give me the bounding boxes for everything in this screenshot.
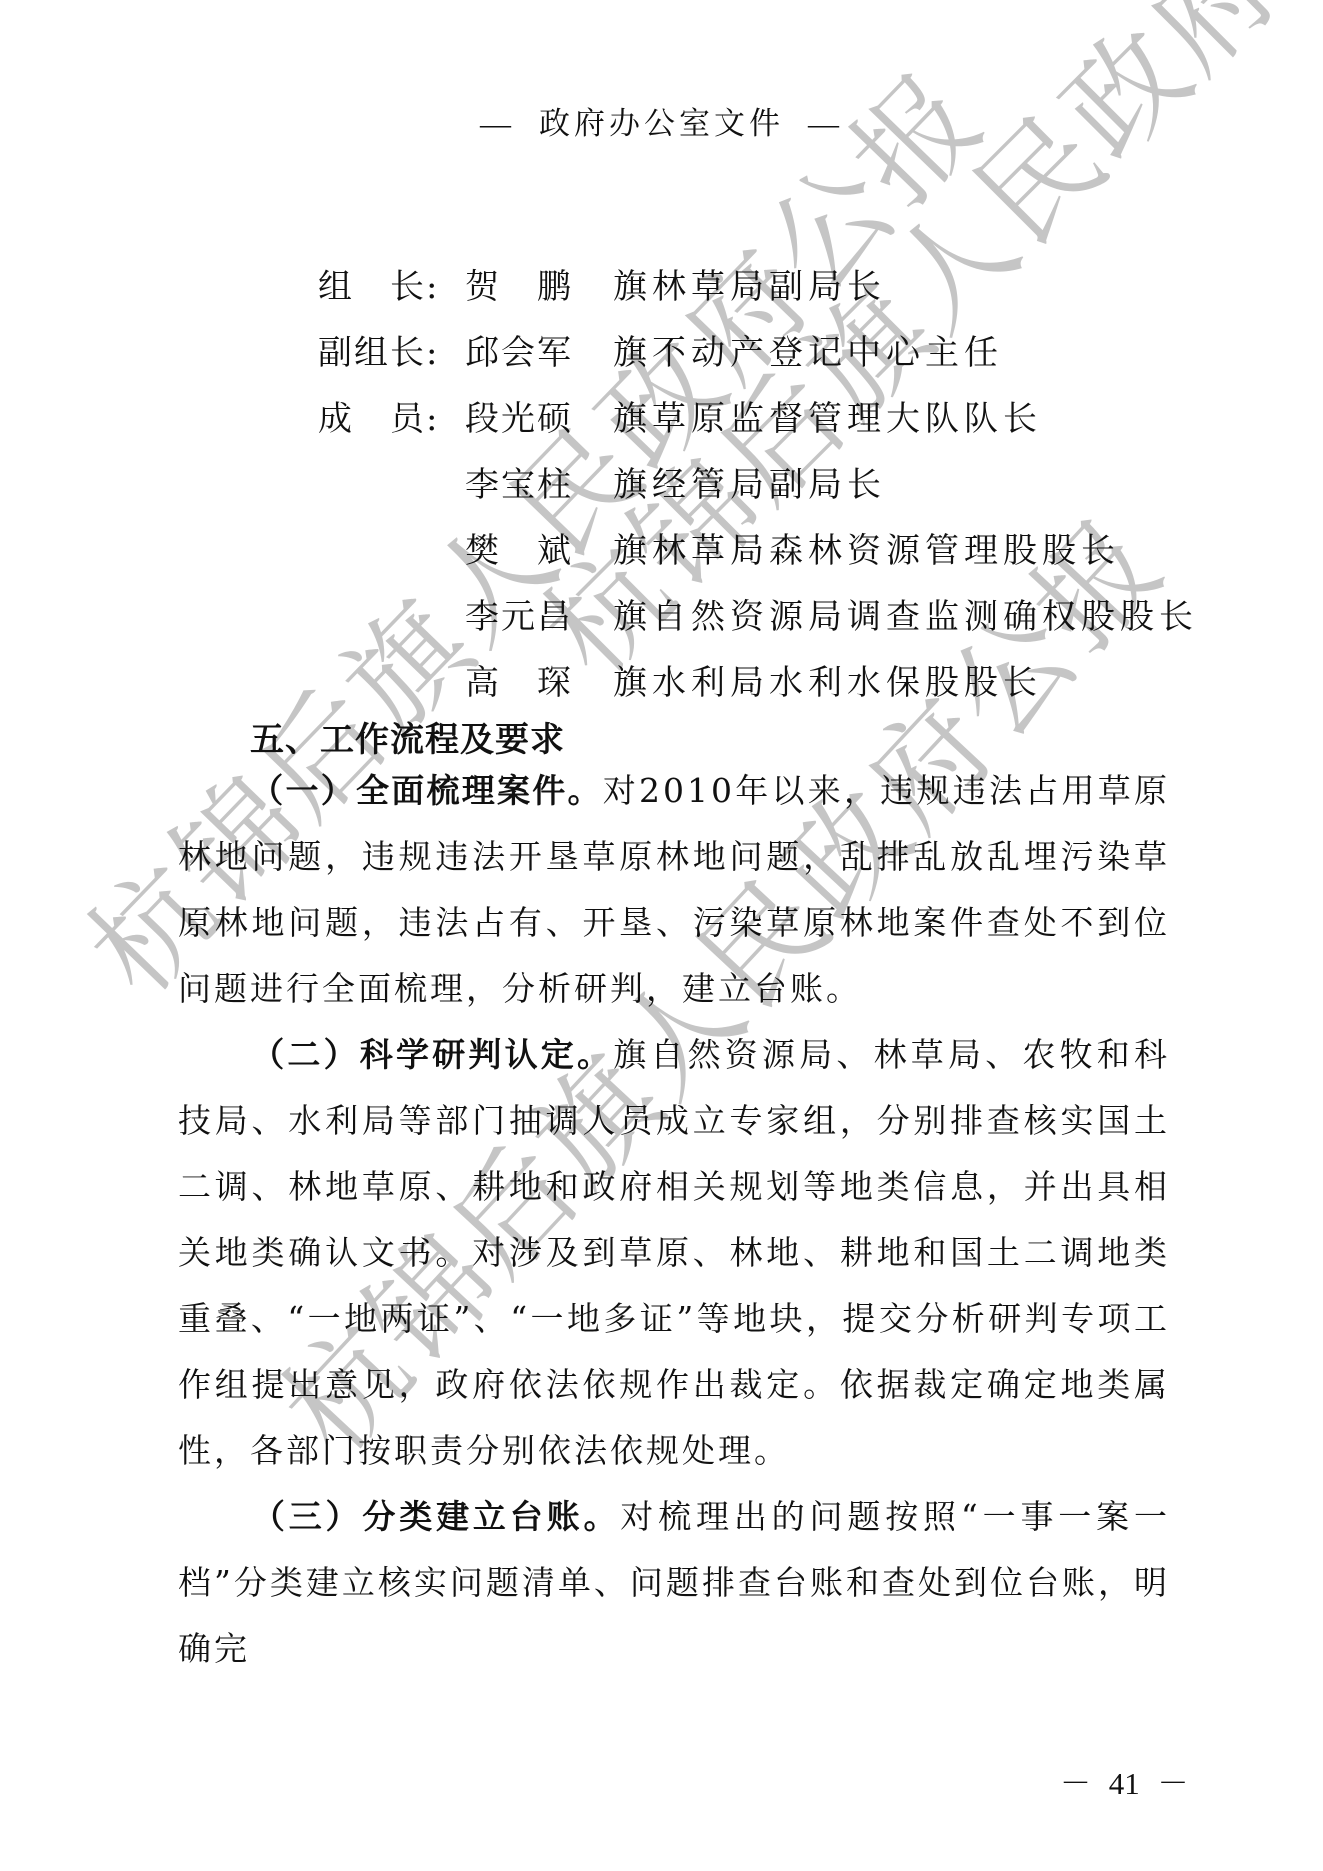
roster-row: 李元昌 旗自然资源局调查监测确权股股长 <box>318 580 1198 646</box>
paragraph-lead: （三）分类建立台账。 <box>250 1497 620 1536</box>
roster-title: 旗不动产登记中心主任 <box>613 325 1003 374</box>
document-page: 杭锦后旗人民政府公报 杭锦后旗人民政府公报 杭锦后旗人民政府公报 —政府办公室文… <box>0 0 1323 1871</box>
roster-role: 组 长: <box>318 259 465 308</box>
roster-title: 旗草原监督管理大队队长 <box>613 391 1042 440</box>
header-dash-left: — <box>480 106 515 142</box>
roster-name: 李宝柱 <box>465 457 613 506</box>
roster-title: 旗经管局副局长 <box>613 457 886 506</box>
paragraph-lead: （二）科学研判认定。 <box>250 1035 613 1074</box>
page-number: － 41 － <box>1060 1758 1189 1803</box>
roster-row: 樊 斌 旗林草局森林资源管理股股长 <box>318 514 1198 580</box>
roster-name: 邱会军 <box>465 325 613 374</box>
roster-row: 成 员: 段光硕 旗草原监督管理大队队长 <box>318 382 1198 448</box>
roster-row: 李宝柱 旗经管局副局长 <box>318 448 1198 514</box>
roster-title: 旗林草局森林资源管理股股长 <box>613 523 1120 572</box>
paragraph-2: （二）科学研判认定。旗自然资源局、林草局、农牧和科技局、水利局等部门抽调人员成立… <box>178 1022 1170 1484</box>
roster-title: 旗水利局水利水保股股长 <box>613 655 1042 704</box>
paragraph-body: 旗自然资源局、林草局、农牧和科技局、水利局等部门抽调人员成立专家组，分别排查核实… <box>178 1035 1170 1470</box>
roster-name: 李元昌 <box>465 589 613 638</box>
roster-role: 副组长: <box>318 325 465 374</box>
roster-row: 副组长: 邱会军 旗不动产登记中心主任 <box>318 316 1198 382</box>
roster-name: 樊 斌 <box>465 523 613 572</box>
roster-name: 段光硕 <box>465 391 613 440</box>
paragraph-1: （一）全面梳理案件。对2010年以来，违规违法占用草原林地问题，违规违法开垦草原… <box>178 758 1170 1022</box>
roster-name: 贺 鹏 <box>465 259 613 308</box>
roster-name: 高 琛 <box>465 655 613 704</box>
roster-row: 高 琛 旗水利局水利水保股股长 <box>318 646 1198 712</box>
running-header: —政府办公室文件— <box>0 98 1323 143</box>
roster-title: 旗自然资源局调查监测确权股股长 <box>613 589 1198 638</box>
paragraph-3: （三）分类建立台账。对梳理出的问题按照“一事一案一档”分类建立核实问题清单、问题… <box>178 1484 1170 1682</box>
roster-title: 旗林草局副局长 <box>613 259 886 308</box>
paragraph-lead: （一）全面梳理案件。 <box>250 771 603 810</box>
roster-row: 组 长: 贺 鹏 旗林草局副局长 <box>318 250 1198 316</box>
header-title: 政府办公室文件 <box>539 106 784 142</box>
roster-role: 成 员: <box>318 391 465 440</box>
section-heading: 五、工作流程及要求 <box>250 712 565 761</box>
header-dash-right: — <box>808 106 843 142</box>
team-roster: 组 长: 贺 鹏 旗林草局副局长 副组长: 邱会军 旗不动产登记中心主任 成 员… <box>318 250 1198 712</box>
